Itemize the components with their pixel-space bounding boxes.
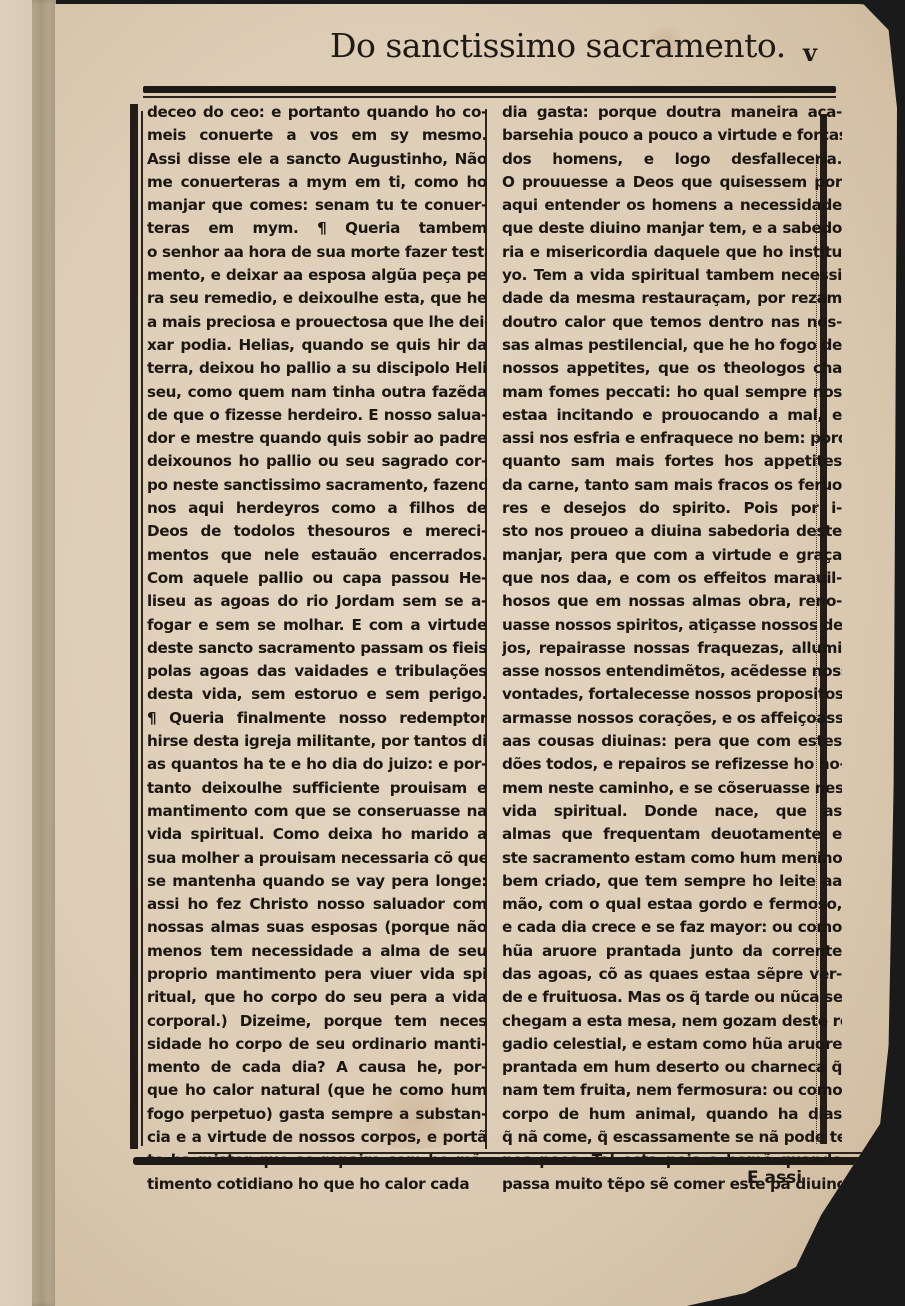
- top-rule-thin: [143, 96, 836, 98]
- bottom-rule-thin: [188, 1152, 878, 1154]
- text-line: jos, repairasse nossas fraquezas, allumi: [502, 637, 842, 660]
- text-line: dos homens, e logo desfalleceria.: [502, 148, 842, 171]
- left-border-rule: [130, 104, 138, 1149]
- text-line: liseu as agoas do rio Jordam sem se a-: [147, 590, 487, 613]
- text-line: dões todos, e repairos se refizesse ho h…: [502, 753, 842, 776]
- text-line: prantada em hum deserto ou charneca q̃: [502, 1056, 842, 1079]
- text-line: ra seu remedio, e deixoulhe esta, que he: [147, 287, 487, 310]
- text-line: me conuerteras a mym em ti, como ho: [147, 171, 487, 194]
- text-line: sidade ho corpo de seu ordinario manti-: [147, 1033, 487, 1056]
- text-line: assi nos esfria e enfraquece no bem: por…: [502, 427, 842, 450]
- text-line: nos aqui herdeyros como a filhos de: [147, 497, 487, 520]
- text-line: tanto deixoulhe sufficiente prouisam e: [147, 777, 487, 800]
- text-line: vida spiritual. Donde nace, que as: [502, 800, 842, 823]
- book-gutter: [32, 0, 56, 1306]
- text-line: estaa incitando e prouocando a mal, e: [502, 404, 842, 427]
- catchword: E assi: [747, 1168, 802, 1188]
- text-line: ¶ Queria finalmente nosso redemptor: [147, 707, 487, 730]
- text-line: mentos que nele estauão encerrados.: [147, 544, 487, 567]
- text-line: doutro calor que temos dentro nas nos-: [502, 311, 842, 334]
- text-line: uasse nossos spiritos, atiçasse nossos d…: [502, 614, 842, 637]
- text-line: po neste sanctissimo sacramento, fazendo: [147, 474, 487, 497]
- text-line: q̃ nã come, q̃ escassamente se nã pode t…: [502, 1126, 842, 1149]
- text-line: teras em mym. ¶ Queria tambem: [147, 217, 487, 240]
- text-line: deixounos ho pallio ou seu sagrado cor-: [147, 450, 487, 473]
- text-line: mam fomes peccati: ho qual sempre nos: [502, 381, 842, 404]
- text-line: deceo do ceo: e portanto quando ho co-: [147, 101, 487, 124]
- text-line: res e desejos do spirito. Pois por i-: [502, 497, 842, 520]
- text-line: ritual, que ho corpo do seu pera a vida: [147, 986, 487, 1009]
- text-line: dor e mestre quando quis sobir ao padre: [147, 427, 487, 450]
- text-line: chegam a esta mesa, nem gozam deste re-: [502, 1010, 842, 1033]
- folio-number: v: [803, 38, 817, 67]
- text-line: mem neste caminho, e se cõseruasse nesta: [502, 777, 842, 800]
- text-line: de e fruituosa. Mas os q̃ tarde ou nũca …: [502, 986, 842, 1009]
- text-line: quanto sam mais fortes hos appetites: [502, 450, 842, 473]
- text-line: corporal.) Dizeime, porque tem neces: [147, 1010, 487, 1033]
- left-border-inner-rule: [141, 111, 143, 1146]
- text-line: aqui entender os homens a necessidade: [502, 194, 842, 217]
- text-line: sas almas pestilencial, que he ho fogo d…: [502, 334, 842, 357]
- text-line: menos tem necessidade a alma de seu: [147, 940, 487, 963]
- text-line: asse nossos entendimẽtos, acẽdesse nossa…: [502, 660, 842, 683]
- text-line: ria e misericordia daquele que ho instit…: [502, 241, 842, 264]
- text-line: seu, como quem nam tinha outra fazẽda: [147, 381, 487, 404]
- bottom-rule: [133, 1157, 885, 1165]
- text-line: fogo perpetuo) gasta sempre a substan-: [147, 1103, 487, 1126]
- text-line: mão, com o qual estaa gordo e fermoso,: [502, 893, 842, 916]
- text-line: hũa aruore prantada junto da corrente: [502, 940, 842, 963]
- text-line: aas cousas diuinas: pera que com estes: [502, 730, 842, 753]
- text-line: dade da mesma restauraçam, por rezam: [502, 287, 842, 310]
- text-line: que deste diuino manjar tem, e a sabedo: [502, 217, 842, 240]
- text-line: O prouuesse a Deos que quisessem por: [502, 171, 842, 194]
- text-line: vontades, fortalecesse nossos propositos…: [502, 683, 842, 706]
- text-line: nossos appetites, que os theologos cha: [502, 357, 842, 380]
- text-line: sua molher a prouisam necessaria cõ que: [147, 847, 487, 870]
- text-line: mento de cada dia? A causa he, por-: [147, 1056, 487, 1079]
- text-line: vida spiritual. Como deixa ho marido a: [147, 823, 487, 846]
- text-line: Com aquele pallio ou capa passou He-: [147, 567, 487, 590]
- text-line: manjar que comes: senam tu te conuer-: [147, 194, 487, 217]
- text-line: de que o fizesse herdeiro. E nosso salua…: [147, 404, 487, 427]
- text-line: hosos que em nossas almas obra, reno-: [502, 590, 842, 613]
- text-column-right: dia gasta: porque doutra maneira aca-bar…: [502, 101, 842, 1196]
- text-line: cia e a virtude de nossos corpos, e port…: [147, 1126, 487, 1149]
- text-line: Deos de todolos thesouros e mereci-: [147, 520, 487, 543]
- text-line: nossas almas suas esposas (porque não: [147, 916, 487, 939]
- text-line: deste sancto sacramento passam os fieis: [147, 637, 487, 660]
- text-line: a mais preciosa e prouectosa que lhe dei…: [147, 311, 487, 334]
- top-rule: [143, 86, 836, 93]
- book-page: Do sanctissimo sacramento. v deceo do ce…: [55, 4, 897, 1306]
- text-line: xar podia. Helias, quando se quis hir da: [147, 334, 487, 357]
- text-line: assi ho fez Christo nosso saluador com: [147, 893, 487, 916]
- text-line: que nos daa, e com os effeitos marauil-: [502, 567, 842, 590]
- text-line: bem criado, que tem sempre ho leite aa: [502, 870, 842, 893]
- text-line: desta vida, sem estoruo e sem perigo.: [147, 683, 487, 706]
- text-line: mantimento com que se conseruasse na: [147, 800, 487, 823]
- text-line: e cada dia crece e se faz mayor: ou como: [502, 916, 842, 939]
- text-line: corpo de hum animal, quando ha dias: [502, 1103, 842, 1126]
- text-line: Assi disse ele a sancto Augustinho, Não: [147, 148, 487, 171]
- text-column-left: deceo do ceo: e portanto quando ho co-me…: [147, 101, 487, 1196]
- text-line: hirse desta igreja militante, por tantos…: [147, 730, 487, 753]
- text-line: sto nos proueo a diuina sabedoria deste: [502, 520, 842, 543]
- text-line: yo. Tem a vida spiritual tambem necessi: [502, 264, 842, 287]
- text-line: as quantos ha te e ho dia do juizo: e po…: [147, 753, 487, 776]
- text-line: gadio celestial, e estam como hũa aruore: [502, 1033, 842, 1056]
- running-head: Do sanctissimo sacramento.: [330, 26, 786, 65]
- text-line: da carne, tanto sam mais fracos os feruo: [502, 474, 842, 497]
- text-line: ste sacramento estam como hum menino: [502, 847, 842, 870]
- text-line: que ho calor natural (que he como hum: [147, 1079, 487, 1102]
- text-line: almas que frequentam deuotamente e: [502, 823, 842, 846]
- text-line: mento, e deixar aa esposa algũa peça pe: [147, 264, 487, 287]
- text-line: proprio mantimento pera viuer vida spi: [147, 963, 487, 986]
- text-line: manjar, pera que com a virtude e graça: [502, 544, 842, 567]
- text-line: armasse nossos corações, e os affeiçoass…: [502, 707, 842, 730]
- text-line: polas agoas das vaidades e tribulações: [147, 660, 487, 683]
- text-line: o senhor aa hora de sua morte fazer test…: [147, 241, 487, 264]
- text-line: meis conuerte a vos em sy mesmo.: [147, 124, 487, 147]
- text-line: barsehia pouco a pouco a virtude e força…: [502, 124, 842, 147]
- text-line: nam tem fruita, nem fermosura: ou como: [502, 1079, 842, 1102]
- text-line: das agoas, cõ as quaes estaa sẽpre ver-: [502, 963, 842, 986]
- text-line: dia gasta: porque doutra maneira aca-: [502, 101, 842, 124]
- text-line: terra, deixou ho pallio a su discipolo H…: [147, 357, 487, 380]
- text-line: timento cotidiano ho que ho calor cada: [147, 1173, 487, 1196]
- text-line: fogar e sem se molhar. E com a virtude: [147, 614, 487, 637]
- text-line: se mantenha quando se vay pera longe:: [147, 870, 487, 893]
